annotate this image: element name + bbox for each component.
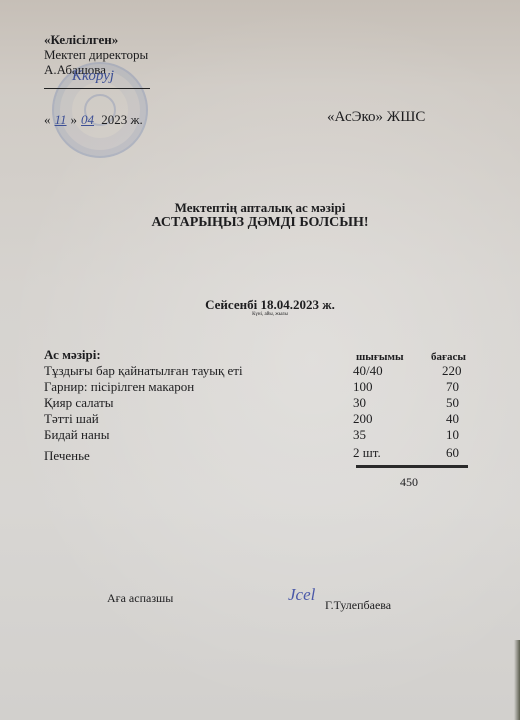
menu-item-qty: 200 bbox=[353, 411, 373, 427]
menu-item-name: Тұздығы бар қайнатылған тауық еті bbox=[44, 363, 243, 379]
menu-item-qty: 30 bbox=[353, 395, 366, 411]
table-row: Бидай наны3510 bbox=[0, 427, 520, 442]
approval-date: «11»04 2023 ж. bbox=[44, 112, 143, 128]
date-year: 2023 ж. bbox=[101, 112, 142, 127]
column-header-price: бағасы bbox=[431, 351, 466, 363]
company-name: «АсЭко» ЖШС bbox=[327, 109, 425, 126]
table-row: Тәтті шай20040 bbox=[0, 411, 520, 426]
menu-item-name: Гарнир: пісірілген макарон bbox=[44, 379, 194, 395]
menu-label: Ас мәзірі: bbox=[44, 347, 101, 363]
menu-item-name: Тәтті шай bbox=[44, 411, 99, 427]
cook-name: Г.Тулепбаева bbox=[325, 598, 391, 613]
menu-item-name: Печенье bbox=[44, 448, 90, 464]
approval-role: Мектеп директоры bbox=[44, 47, 148, 63]
signature-line bbox=[44, 88, 150, 89]
date-day: 11 bbox=[51, 112, 71, 127]
director-signature: Ккоруј bbox=[72, 68, 114, 85]
document-page: «Келісілген» Мектеп директоры А.Абашова … bbox=[0, 0, 520, 720]
menu-item-price: 50 bbox=[446, 395, 459, 411]
menu-item-qty: 35 bbox=[353, 427, 366, 443]
date-open-quote: « bbox=[44, 112, 51, 127]
menu-item-price: 60 bbox=[446, 445, 459, 461]
total-divider bbox=[356, 465, 468, 468]
menu-item-price: 220 bbox=[442, 363, 462, 379]
menu-item-qty: 2 шт. bbox=[353, 445, 381, 461]
menu-total: 450 bbox=[400, 475, 418, 490]
menu-item-price: 10 bbox=[446, 427, 459, 443]
table-row: Гарнир: пісірілген макарон10070 bbox=[0, 379, 520, 394]
menu-item-price: 40 bbox=[446, 411, 459, 427]
menu-item-qty: 100 bbox=[353, 379, 373, 395]
table-row: Тұздығы бар қайнатылған тауық еті40/4022… bbox=[0, 363, 520, 378]
cook-signature: Јсel bbox=[288, 585, 315, 605]
cook-role: Аға аспазшы bbox=[107, 591, 173, 606]
page-edge-shadow bbox=[514, 640, 520, 720]
menu-date: Сейсенбі 18.04.2023 ж. bbox=[0, 297, 520, 313]
table-row: Қияр салаты3050 bbox=[0, 395, 520, 410]
menu-item-name: Бидай наны bbox=[44, 427, 109, 443]
menu-date-caption: Күні, айы, жылы bbox=[0, 312, 520, 317]
table-row: Печенье2 шт.60 bbox=[0, 445, 520, 460]
column-header-qty: шығымы bbox=[356, 351, 404, 363]
date-month: 04 bbox=[77, 112, 98, 127]
menu-greeting: АСТАРЫҢЫЗ ДӘМДІ БОЛСЫН! bbox=[0, 215, 520, 231]
approval-title: «Келісілген» bbox=[44, 32, 118, 48]
menu-item-name: Қияр салаты bbox=[44, 395, 114, 411]
menu-title: Мектептің апталық ас мәзірі bbox=[0, 200, 520, 216]
menu-item-qty: 40/40 bbox=[353, 363, 383, 379]
menu-item-price: 70 bbox=[446, 379, 459, 395]
